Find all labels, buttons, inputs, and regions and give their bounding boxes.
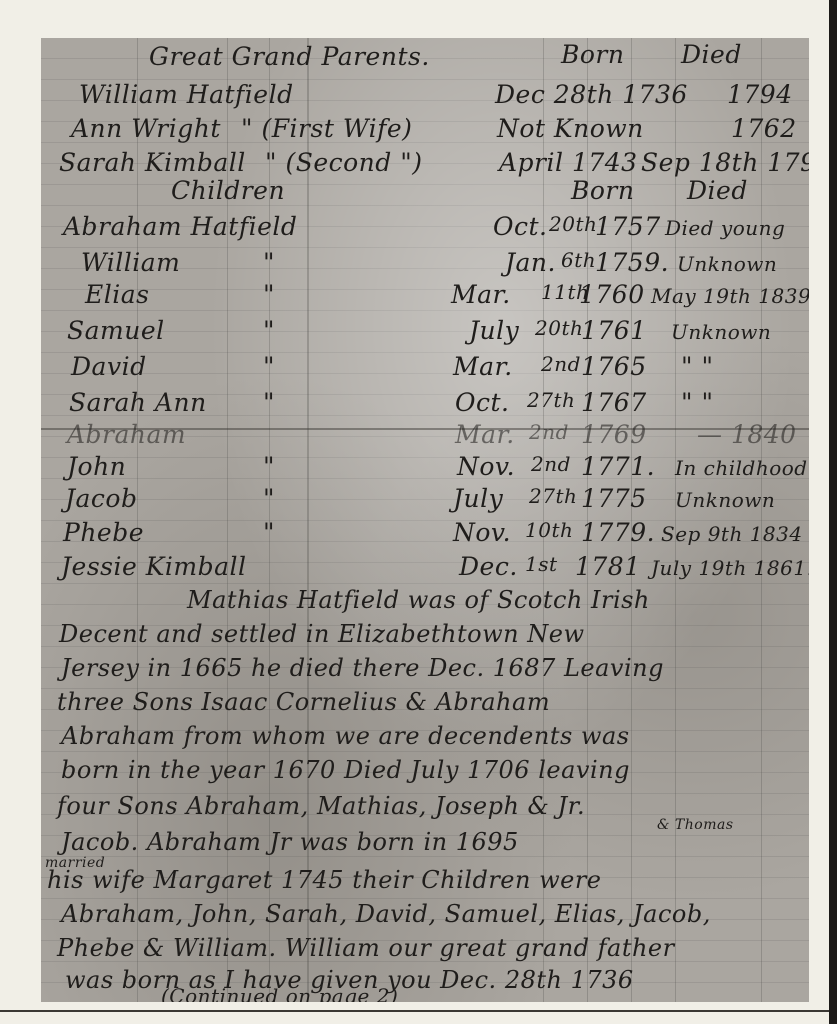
narrative-line: Jersey in 1665 he died there Dec. 1687 L…: [61, 656, 664, 680]
child-born-year: 1775: [581, 486, 647, 511]
children-heading: Children: [171, 178, 285, 203]
child-born-month: Oct.: [493, 214, 548, 239]
grandparent-name: Ann Wright: [71, 116, 221, 141]
narrative-line: born in the year 1670 Died July 1706 lea…: [61, 758, 630, 782]
paper-fold-vertical: [307, 38, 309, 1002]
child-born-day: 2nd: [529, 422, 569, 442]
child-born-day: 27th: [527, 390, 575, 410]
child-born-year: 1759.: [595, 250, 669, 275]
child-name: William: [81, 250, 180, 275]
grandparent-name: Sarah Kimball: [59, 150, 246, 175]
child-born-day: 1st: [525, 554, 558, 574]
child-born-year: 1765: [581, 354, 647, 379]
grandparent-name: William Hatfield: [79, 82, 294, 107]
children-born-header: Born: [571, 178, 634, 203]
child-died: July 19th 1861.: [651, 558, 809, 578]
child-born-month: Nov.: [453, 520, 511, 545]
child-born-year: 1769: [581, 422, 647, 447]
child-born-day: 6th: [561, 250, 596, 270]
grandparent-died: 1762: [731, 116, 797, 141]
child-name: Jacob: [65, 486, 137, 511]
grandparent-born: Dec 28th 1736: [495, 82, 688, 107]
child-born-day: 20th: [549, 214, 597, 234]
ditto-mark: ": [263, 390, 275, 415]
ditto-mark: ": [263, 282, 275, 307]
child-born-day: 10th: [525, 520, 573, 540]
scan-bottom-rule: [0, 1010, 829, 1012]
child-name: Samuel: [67, 318, 165, 343]
scan-right-edge: [829, 0, 837, 1024]
superscript-note: & Thomas: [657, 818, 734, 832]
narrative-line: Abraham from whom we are decendents was: [61, 724, 630, 748]
child-died: " ": [681, 354, 713, 379]
child-born-day: 2nd: [541, 354, 581, 374]
child-born-month: Mar.: [451, 282, 511, 307]
child-name: Elias: [85, 282, 149, 307]
child-died: — 1840: [697, 422, 797, 447]
narrative-line: three Sons Isaac Cornelius & Abraham: [57, 690, 550, 714]
handwritten-genealogy-page: Great Grand Parents. Born Died William H…: [41, 38, 809, 1002]
child-born-day: 27th: [529, 486, 577, 506]
child-born-year: 1767: [581, 390, 647, 415]
child-name: John: [67, 454, 126, 479]
child-born-year: 1771.: [581, 454, 655, 479]
child-born-month: Oct.: [455, 390, 510, 415]
child-died: Unknown: [671, 322, 771, 342]
ditto-mark: ": [263, 454, 275, 479]
child-died: Unknown: [675, 490, 775, 510]
narrative-line: four Sons Abraham, Mathias, Joseph & Jr.: [57, 794, 585, 818]
child-born-month: July: [469, 318, 519, 343]
child-born-year: 1781: [575, 554, 641, 579]
child-born-month: Mar.: [453, 354, 513, 379]
child-name: Abraham Hatfield: [63, 214, 297, 239]
child-name: Phebe: [63, 520, 144, 545]
child-died: May 19th 1839.: [651, 286, 809, 306]
born-column-header: Born: [561, 42, 624, 67]
child-died: In childhood: [675, 458, 808, 478]
child-born-day: 20th: [535, 318, 583, 338]
ditto-mark: ": [263, 520, 275, 545]
grandparent-died: Sep 18th 1799.: [641, 150, 809, 175]
continued-note: (Continued on page 2): [161, 986, 398, 1002]
narrative-line: Abraham, John, Sarah, David, Samuel, Eli…: [61, 902, 711, 926]
ditto-mark: ": [263, 486, 275, 511]
child-born-year: 1760: [579, 282, 645, 307]
ruled-column-line: [761, 38, 762, 1002]
child-born-month: Mar.: [455, 422, 515, 447]
child-name: Sarah Ann: [69, 390, 207, 415]
died-column-header: Died: [681, 42, 742, 67]
child-born-month: July: [453, 486, 503, 511]
narrative-line: Jacob. Abraham Jr was born in 1695: [61, 830, 519, 854]
grandparent-relation: " (First Wife): [241, 116, 412, 141]
child-died: Sep 9th 1834: [661, 524, 803, 544]
child-born-month: Dec.: [459, 554, 518, 579]
narrative-line: Phebe & William. William our great grand…: [57, 936, 675, 960]
narrative-line: Mathias Hatfield was of Scotch Irish: [187, 588, 650, 612]
child-born-year: 1779.: [581, 520, 655, 545]
child-name: Jessie Kimball: [61, 554, 247, 579]
narrative-line: his wife Margaret 1745 their Children we…: [47, 868, 602, 892]
grandparent-born: April 1743: [499, 150, 638, 175]
child-died: Unknown: [677, 254, 777, 274]
child-died: " ": [681, 390, 713, 415]
ruled-column-line: [675, 38, 676, 1002]
grandparent-born: Not Known: [497, 116, 644, 141]
grandparent-relation: " (Second "): [265, 150, 422, 175]
grandparent-died: 1794: [727, 82, 793, 107]
child-name: David: [71, 354, 147, 379]
ditto-mark: ": [263, 354, 275, 379]
page-title: Great Grand Parents.: [149, 44, 430, 69]
child-born-month: Nov.: [457, 454, 515, 479]
narrative-line: Decent and settled in Elizabethtown New: [59, 622, 584, 646]
child-died: Died young: [665, 218, 785, 238]
children-died-header: Died: [687, 178, 748, 203]
child-born-year: 1757: [595, 214, 661, 239]
child-born-year: 1761: [581, 318, 647, 343]
child-name: Abraham: [67, 422, 186, 447]
ditto-mark: ": [263, 250, 275, 275]
ditto-mark: ": [263, 318, 275, 343]
child-born-day: 2nd: [531, 454, 571, 474]
child-born-month: Jan.: [505, 250, 556, 275]
